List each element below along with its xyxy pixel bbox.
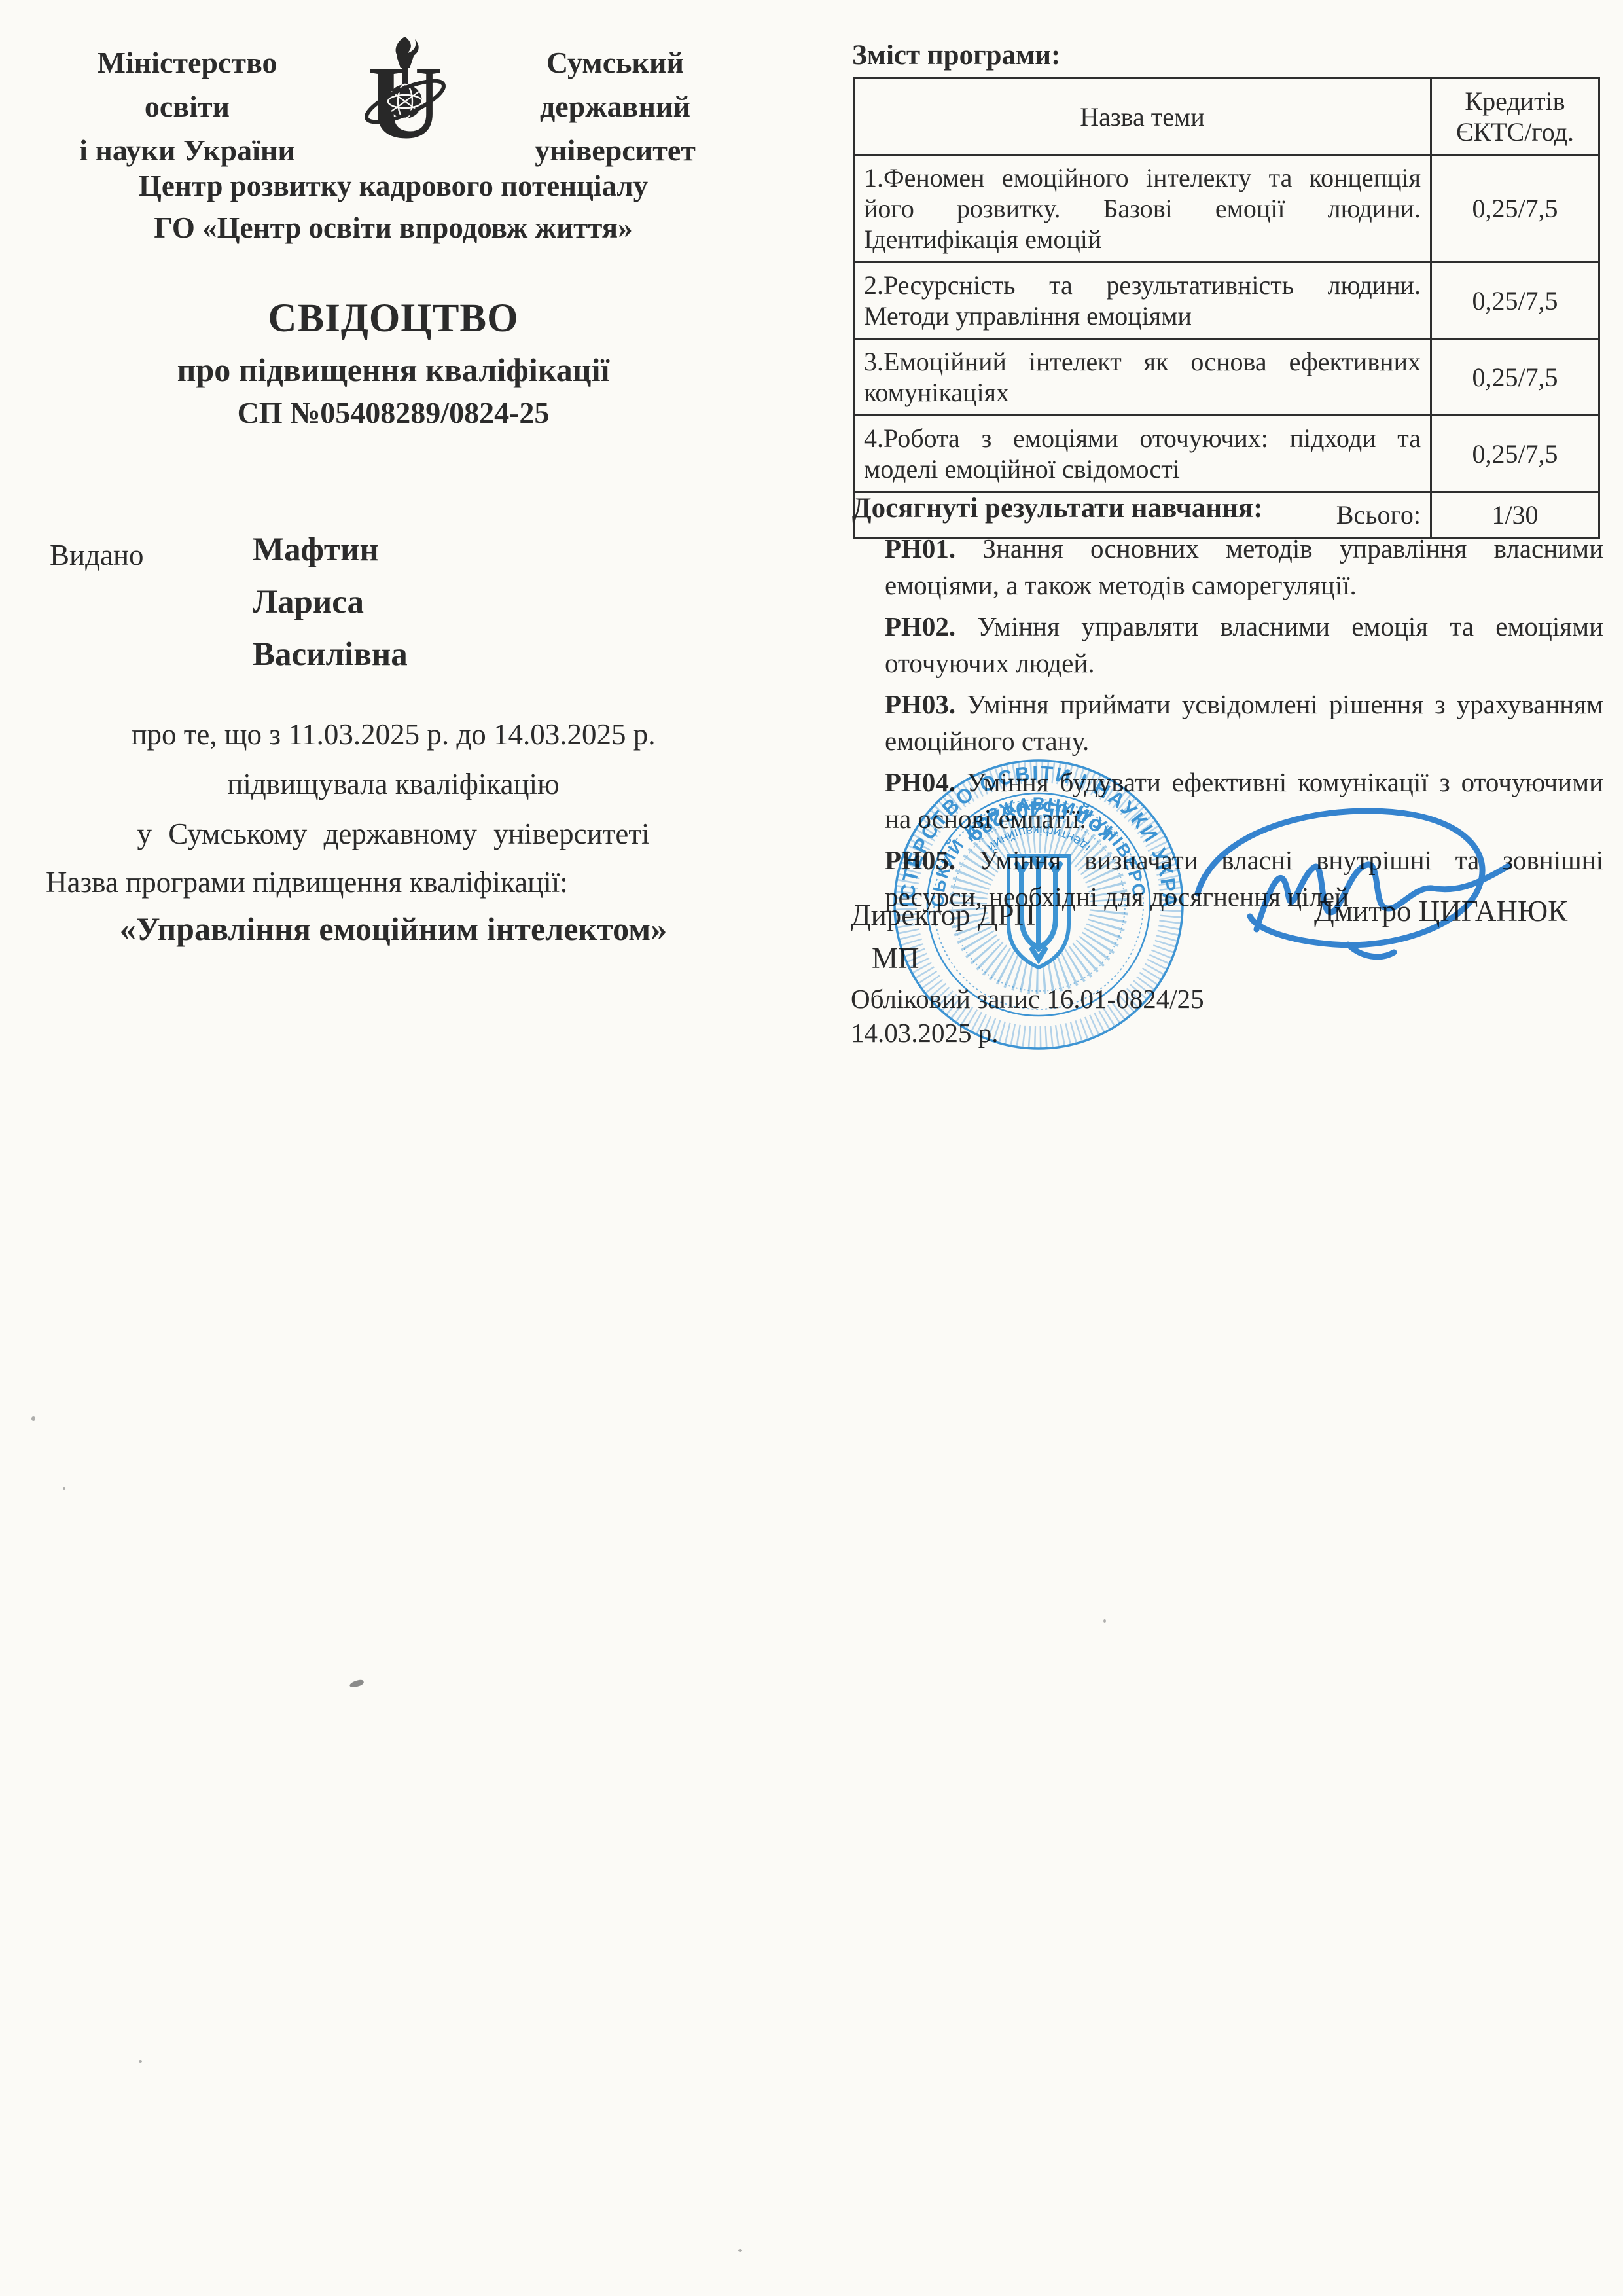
recipient-first-name: Лариса <box>253 576 408 628</box>
credits-cell: 0,25/7,5 <box>1431 339 1599 416</box>
topic-cell: 3.Емоційний інтелект як основа ефективни… <box>854 339 1431 416</box>
table-row: 2.Ресурсність та результативність людини… <box>854 262 1599 339</box>
outcome-code: РН02. <box>885 611 955 641</box>
outcomes-heading: Досягнуті результати навчання: <box>852 492 1263 524</box>
ministry-line: Міністерство <box>37 41 338 84</box>
university-round-stamp: МІНІСТЕРСТВО ОСВІТИ І НАУКИ УКРАЇНИ СУМС… <box>887 753 1190 1056</box>
certificate-subtitle: про підвищення кваліфікації <box>56 351 730 389</box>
certificate-page: Міністерство освіти і науки України U Су… <box>0 0 1623 2296</box>
scan-speck <box>349 1679 365 1688</box>
ministry-name: Міністерство освіти і науки України <box>37 41 338 172</box>
center-line: ГО «Центр освіти впродовж життя» <box>56 207 730 249</box>
ministry-line: освіти <box>37 84 338 128</box>
scan-speck <box>738 2249 742 2252</box>
outcome-code: РН01. <box>885 533 955 564</box>
table-row: 3.Емоційний інтелект як основа ефективни… <box>854 339 1599 416</box>
outcome-item: РН03. Уміння приймати усвідомлені рішенн… <box>885 686 1603 759</box>
recipient-patronymic: Василівна <box>253 628 408 681</box>
outcome-text: Знання основних методів управління власн… <box>885 533 1603 600</box>
topic-cell: 2.Ресурсність та результативність людини… <box>854 262 1431 339</box>
activity-line: підвищувала кваліфікацію <box>56 767 730 801</box>
outcome-item: РН01. Знання основних методів управління… <box>885 530 1603 603</box>
program-name: «Управління емоційним інтелектом» <box>56 910 730 948</box>
institution-line: у Сумському державному університеті <box>56 817 730 851</box>
table-row: 1.Феномен емоційного інтелекту та концеп… <box>854 155 1599 262</box>
program-content-heading: Зміст програми: <box>852 39 1060 71</box>
topic-column-header: Назва теми <box>854 79 1431 155</box>
outcome-text: Уміння управляти власними емоція та емоц… <box>885 611 1603 678</box>
credits-column-header: Кредитів ЄКТС/год. <box>1431 79 1599 155</box>
training-period-block: про те, що з 11.03.2025 р. до 14.03.2025… <box>56 717 730 851</box>
recipient-last-name: Мафтин <box>253 524 408 576</box>
period-line: про те, що з 11.03.2025 р. до 14.03.2025… <box>56 717 730 751</box>
university-name: Сумський державний університет <box>465 41 766 172</box>
table-row: 4.Робота з емоціями оточуючих: підходи т… <box>854 416 1599 492</box>
credits-cell: 0,25/7,5 <box>1431 416 1599 492</box>
certificate-number: СП №05408289/0824-25 <box>56 395 730 430</box>
certificate-title-block: СВІДОЦТВО про підвищення кваліфікації СП… <box>56 296 730 430</box>
stamp-trident-shield <box>1008 856 1069 967</box>
credits-cell: 0,25/7,5 <box>1431 155 1599 262</box>
program-label: Назва програми підвищення кваліфікації: <box>46 865 568 899</box>
scan-speck <box>31 1416 35 1421</box>
outcome-item: РН02. Уміння управляти власними емоція т… <box>885 608 1603 681</box>
certificate-title: СВІДОЦТВО <box>56 296 730 342</box>
svg-text:код 05408289: код 05408289 <box>960 796 1117 848</box>
scan-speck <box>139 2060 142 2063</box>
outcome-text: Уміння приймати усвідомлені рішення з ур… <box>885 689 1603 756</box>
stamp-code-text: код 05408289 <box>960 796 1117 848</box>
sumdu-university-logo-icon: U <box>349 34 461 152</box>
director-signature <box>1152 789 1531 985</box>
topic-cell: 1.Феномен емоційного інтелекту та концеп… <box>854 155 1431 262</box>
center-line: Центр розвитку кадрового потенціалу <box>56 165 730 207</box>
topic-cell: 4.Робота з емоціями оточуючих: підходи т… <box>854 416 1431 492</box>
table-header-row: Назва теми Кредитів ЄКТС/год. <box>854 79 1599 155</box>
program-table: Назва теми Кредитів ЄКТС/год. 1.Феномен … <box>853 77 1600 539</box>
outcome-code: РН03. <box>885 689 955 719</box>
credits-cell: 0,25/7,5 <box>1431 262 1599 339</box>
issued-label: Видано <box>50 538 144 572</box>
scan-speck <box>1103 1619 1106 1623</box>
scan-speck <box>63 1487 65 1490</box>
university-line: Сумський <box>465 41 766 84</box>
recipient-name: Мафтин Лариса Василівна <box>253 524 408 681</box>
issuing-center: Центр розвитку кадрового потенціалу ГО «… <box>56 165 730 249</box>
university-line: державний <box>465 84 766 128</box>
